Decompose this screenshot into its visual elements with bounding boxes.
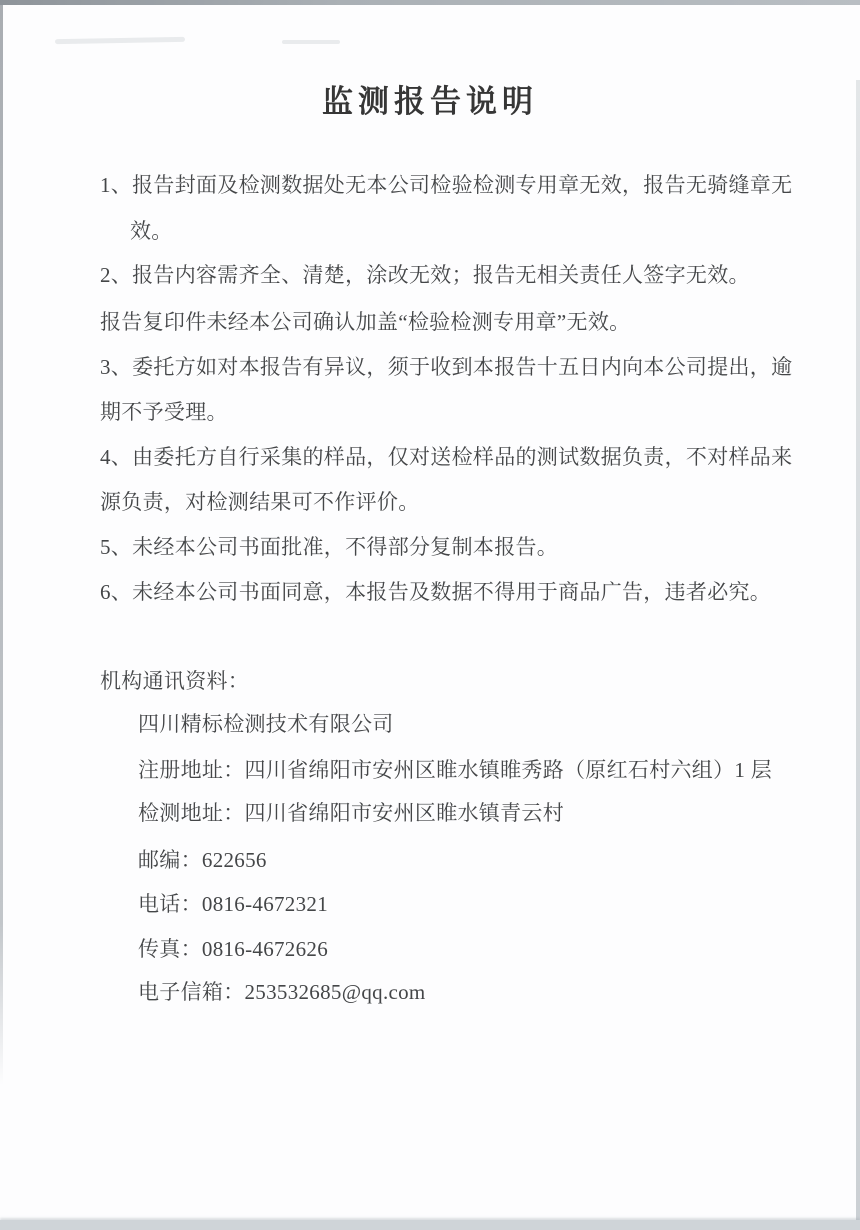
report-page: 监测报告说明 1、报告封面及检测数据处无本公司检验检测专用章无效，报告无骑缝章无… bbox=[0, 0, 860, 1230]
scan-edge-left bbox=[0, 5, 3, 1085]
scan-smudge bbox=[55, 37, 185, 44]
scan-smudge bbox=[282, 40, 340, 44]
note-2-line-1: 2、报告内容需齐全、清楚，涂改无效；报告无相关责任人签字无效。 bbox=[100, 263, 750, 288]
note-3-line-1: 3、委托方如对本报告有异议，须于收到本报告十五日内向本公司提出，逾 bbox=[100, 355, 792, 380]
note-4-line-2: 源负责，对检测结果可不作评价。 bbox=[100, 490, 420, 515]
note-1-line-2: 效。 bbox=[130, 219, 173, 244]
contact-line-1: 四川精标检测技术有限公司 bbox=[138, 712, 394, 737]
note-3-line-2: 期不予受理。 bbox=[100, 400, 228, 425]
document-title: 监测报告说明 bbox=[0, 76, 860, 121]
contact-line-2: 注册地址：四川省绵阳市安州区睢水镇睢秀路（原红石村六组）1 层 bbox=[138, 758, 772, 783]
contact-heading: 机构通讯资料： bbox=[100, 669, 249, 694]
note-6-line-1: 6、未经本公司书面同意，本报告及数据不得用于商品广告，违者必究。 bbox=[100, 580, 771, 605]
contact-line-5: 电话：0816-4672321 bbox=[138, 892, 328, 917]
scan-edge-top bbox=[0, 0, 860, 5]
contact-line-7: 电子信箱：253532685@qq.com bbox=[138, 980, 426, 1005]
note-1-line-1: 1、报告封面及检测数据处无本公司检验检测专用章无效，报告无骑缝章无 bbox=[100, 173, 792, 198]
scan-edge-right bbox=[856, 80, 860, 1220]
note-4-line-1: 4、由委托方自行采集的样品，仅对送检样品的测试数据负责，不对样品来 bbox=[100, 445, 792, 470]
note-5-line-1: 5、未经本公司书面批准，不得部分复制本报告。 bbox=[100, 535, 558, 560]
contact-line-6: 传真：0816-4672626 bbox=[138, 937, 328, 962]
note-2-line-2: 报告复印件未经本公司确认加盖“检验检测专用章”无效。 bbox=[100, 310, 630, 335]
contact-line-4: 邮编：622656 bbox=[138, 848, 267, 873]
scan-edge-bottom bbox=[0, 1220, 860, 1230]
contact-line-3: 检测地址：四川省绵阳市安州区睢水镇青云村 bbox=[138, 801, 564, 826]
